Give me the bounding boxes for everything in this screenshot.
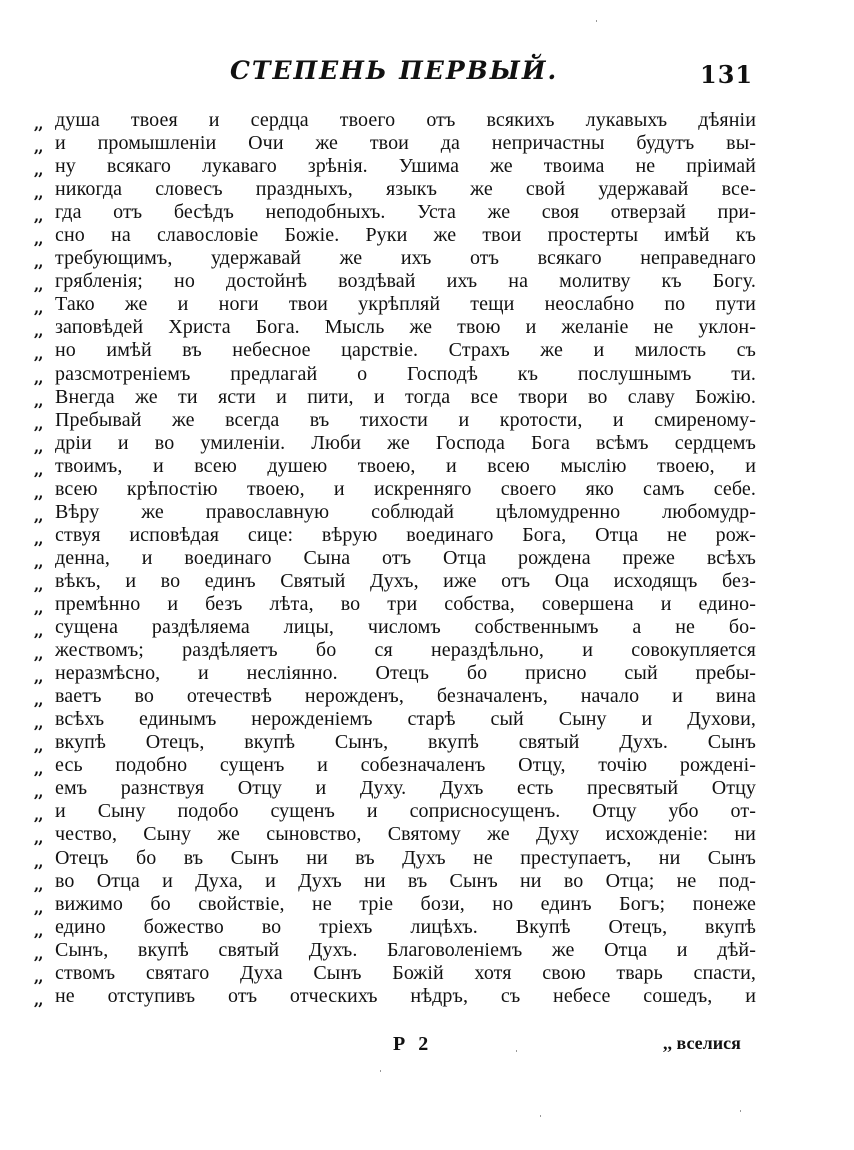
text-line: ,,неразмѣсно, и неслiянно. Отецъ бо прис…: [34, 662, 756, 685]
line-text: всѣхъ единымъ нерожденіемъ старѣ сый Сын…: [55, 708, 756, 731]
book-page: СТЕПЕНЬ ПЕРВЫЙ. 131 ,,душа твоея и сердц…: [0, 0, 854, 1150]
line-text: жествомъ; раздѣляетъ бо ся нераздѣльно, …: [55, 639, 756, 662]
text-line: ,,едино божество во тріехъ лицѣхъ. Вкупѣ…: [34, 916, 756, 939]
line-text: денна, и воединаго Сына отъ Отца рождена…: [55, 547, 756, 570]
scan-speck: [516, 1050, 517, 1052]
catchword: ,, вселися: [663, 1033, 741, 1054]
line-text: ваетъ во отечествѣ нерожденъ, безначален…: [55, 685, 756, 708]
line-text: но имѣй въ небесное царствіе. Страхъ же …: [55, 339, 756, 362]
text-line: ,,чество, Сыну же сыновство, Святому же …: [34, 823, 756, 846]
scan-speck: [740, 1110, 741, 1112]
text-line: ,,никогда словесъ праздныхъ, языкъ же св…: [34, 178, 756, 201]
quotation-mark: ,,: [34, 989, 54, 1012]
line-text: сно на славословіе Божіе. Руки же твои п…: [55, 224, 756, 247]
text-line: ,,ну всякаго лукаваго зрѣнія. Ушима же т…: [34, 155, 756, 178]
text-line: ,,требующимъ, удержавай же ихъ отъ всяка…: [34, 247, 756, 270]
line-text: Вѣру же православную соблюдай цѣломудрен…: [55, 501, 756, 524]
line-text: грябленія; но достойнѣ воздѣвай ихъ на м…: [55, 270, 756, 293]
text-line: ,,емъ разнствуя Отцу и Духу. Духъ есть п…: [34, 777, 756, 800]
line-text: заповѣдей Христа Бога. Мысль же твою и ж…: [55, 316, 756, 339]
line-text: никогда словесъ праздныхъ, языкъ же свой…: [55, 178, 756, 201]
text-line: ,,грябленія; но достойнѣ воздѣвай ихъ на…: [34, 270, 756, 293]
text-line: ,,Сынъ, вкупѣ святый Духъ. Благоволеніем…: [34, 939, 756, 962]
signature-mark: Р 2: [393, 1033, 432, 1056]
text-line: ,,сно на славословіе Божіе. Руки же твои…: [34, 224, 756, 247]
line-text: неразмѣсно, и неслiянно. Отецъ бо присно…: [55, 662, 756, 685]
line-text: Внегда же ти ясти и пити, и тогда все тв…: [55, 386, 756, 409]
text-line: ,,гда отъ бесѣдъ неподобныхъ. Уста же св…: [34, 201, 756, 224]
text-line: ,,ваетъ во отечествѣ нерожденъ, безначал…: [34, 685, 756, 708]
line-text: емъ разнствуя Отцу и Духу. Духъ есть пре…: [55, 777, 756, 800]
text-line: ,,премѣнно и безъ лѣта, во три собства, …: [34, 593, 756, 616]
text-line: ,,вкупѣ Отецъ, вкупѣ Сынъ, вкупѣ святый …: [34, 731, 756, 754]
line-text: Сынъ, вкупѣ святый Духъ. Благоволеніемъ …: [55, 939, 756, 962]
line-text: Тако же и ноги твои укрѣпляй тещи неосла…: [55, 293, 756, 316]
text-line: ,,есь подобно сущенъ и собезначаленъ Отц…: [34, 754, 756, 777]
text-line: ,,ствуя исповѣдая сице: вѣрую воединаго …: [34, 524, 756, 547]
line-text: во Отца и Духа, и Духъ ни въ Сынъ ни во …: [55, 870, 756, 893]
line-text: гда отъ бесѣдъ неподобныхъ. Уста же своя…: [55, 201, 756, 224]
line-text: есь подобно сущенъ и собезначаленъ Отцу,…: [55, 754, 756, 777]
text-line: ,,и Сыну подобо сущенъ и соприсносущенъ.…: [34, 800, 756, 823]
text-line: ,,но имѣй въ небесное царствіе. Страхъ ж…: [34, 339, 756, 362]
text-line: ,,Пребывай же всегда въ тихости и кротос…: [34, 409, 756, 432]
line-text: ствомъ святаго Духа Сынъ Божій хотя свою…: [55, 962, 756, 985]
body-text: ,,душа твоея и сердца твоего отъ всякихъ…: [34, 109, 756, 1008]
line-text: не отступивъ отъ отческихъ нѣдръ, съ неб…: [55, 985, 756, 1008]
text-line: ,,ствомъ святаго Духа Сынъ Божій хотя св…: [34, 962, 756, 985]
text-line: ,,дріи и во умиленіи. Люби же Господа Бо…: [34, 432, 756, 455]
line-text: сущена раздѣляема лицы, числомъ собствен…: [55, 616, 756, 639]
line-text: душа твоея и сердца твоего отъ всякихъ л…: [55, 109, 756, 132]
line-text: всею крѣпостію твоею, и искренняго своег…: [55, 478, 756, 501]
line-text: вѣкъ, и во единъ Святый Духъ, иже отъ Оц…: [55, 570, 756, 593]
line-text: требующимъ, удержавай же ихъ отъ всякаго…: [55, 247, 756, 270]
text-line: ,,во Отца и Духа, и Духъ ни въ Сынъ ни в…: [34, 870, 756, 893]
line-text: и Сыну подобо сущенъ и соприсносущенъ. О…: [55, 800, 756, 823]
line-text: вижимо бо свойствіе, не тріе бози, но ед…: [55, 893, 756, 916]
scan-speck: [596, 20, 597, 22]
text-line: ,,Тако же и ноги твои укрѣпляй тещи неос…: [34, 293, 756, 316]
line-text: ствуя исповѣдая сице: вѣрую воединаго Бо…: [55, 524, 756, 547]
text-line: ,,сущена раздѣляема лицы, числомъ собств…: [34, 616, 756, 639]
text-line: ,,разсмотреніемъ предлагай о Господѣ къ …: [34, 363, 756, 386]
line-text: премѣнно и безъ лѣта, во три собства, со…: [55, 593, 756, 616]
page-number: 131: [700, 60, 753, 89]
text-line: ,,денна, и воединаго Сына отъ Отца рожде…: [34, 547, 756, 570]
running-head: СТЕПЕНЬ ПЕРВЫЙ.: [230, 56, 558, 85]
scan-speck: [380, 1070, 381, 1072]
text-line: ,,заповѣдей Христа Бога. Мысль же твою и…: [34, 316, 756, 339]
line-text: и промышленіи Очи же твои да непричастны…: [55, 132, 756, 155]
line-text: едино божество во тріехъ лицѣхъ. Вкупѣ О…: [55, 916, 756, 939]
line-text: твоимъ, и всею душею твоею, и всею мыслі…: [55, 455, 756, 478]
text-line: ,,всѣхъ единымъ нерожденіемъ старѣ сый С…: [34, 708, 756, 731]
line-text: ну всякаго лукаваго зрѣнія. Ушима же тво…: [55, 155, 756, 178]
text-line: ,,вижимо бо свойствіе, не тріе бози, но …: [34, 893, 756, 916]
text-line: ,,Внегда же ти ясти и пити, и тогда все …: [34, 386, 756, 409]
text-line: ,,Вѣру же православную соблюдай цѣломудр…: [34, 501, 756, 524]
line-text: вкупѣ Отецъ, вкупѣ Сынъ, вкупѣ святый Ду…: [55, 731, 756, 754]
line-text: чество, Сыну же сыновство, Святому же Ду…: [55, 823, 756, 846]
text-line: ,,и промышленіи Очи же твои да непричаст…: [34, 132, 756, 155]
line-text: Отецъ бо въ Сынъ ни въ Духъ не преступае…: [55, 847, 756, 870]
line-text: разсмотреніемъ предлагай о Господѣ къ по…: [55, 363, 756, 386]
text-line: ,,вѣкъ, и во единъ Святый Духъ, иже отъ …: [34, 570, 756, 593]
line-text: дріи и во умиленіи. Люби же Господа Бога…: [55, 432, 756, 455]
text-line: ,,всею крѣпостію твоею, и искренняго сво…: [34, 478, 756, 501]
scan-speck: [540, 1115, 541, 1117]
text-line: ,,твоимъ, и всею душею твоею, и всею мыс…: [34, 455, 756, 478]
line-text: Пребывай же всегда въ тихости и кротости…: [55, 409, 756, 432]
text-line: ,,жествомъ; раздѣляетъ бо ся нераздѣльно…: [34, 639, 756, 662]
text-line: ,,Отецъ бо въ Сынъ ни въ Духъ не преступ…: [34, 847, 756, 870]
text-line: ,,душа твоея и сердца твоего отъ всякихъ…: [34, 109, 756, 132]
text-line: ,,не отступивъ отъ отческихъ нѣдръ, съ н…: [34, 985, 756, 1008]
